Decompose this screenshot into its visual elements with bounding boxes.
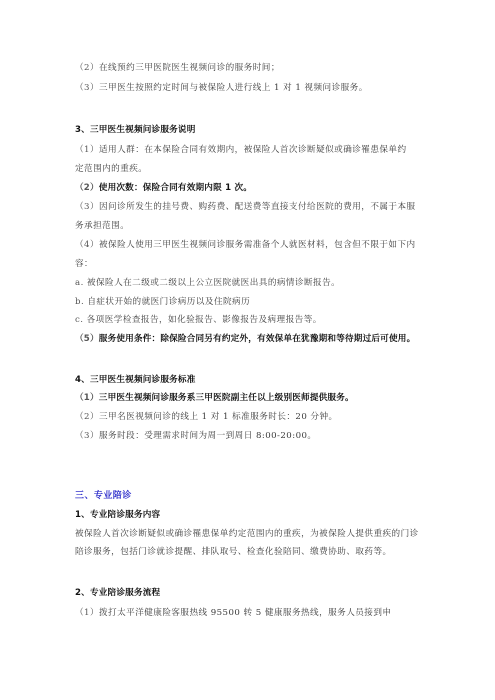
- paragraph-line: 被保险人首次诊断疑似或确诊罹患保单约定范围内的重疾，为被保险人提供重疾的门诊: [75, 528, 419, 540]
- paragraph-line: （4）被保险人使用三甲医生视频问诊服务需准备个人就医材料，包含但不限于如下内: [75, 239, 416, 251]
- item-number: （4）: [75, 240, 99, 250]
- paragraph-line: 容：: [75, 258, 93, 270]
- subsection-heading: 3、三甲医生视频问诊服务说明: [75, 124, 196, 136]
- subsection-heading: 4、三甲医生视频问诊服务标准: [75, 374, 196, 386]
- paragraph-line: （2）三甲名医视频问诊的线上 1 对 1 标准服务时长：20 分钟。: [75, 411, 338, 423]
- line-text: 各项医学检查报告，如化验报告、影像报告及病理报告等。: [87, 315, 322, 325]
- item-number: （3）: [75, 431, 99, 441]
- line-text: 被保险人使用三甲医生视频问诊服务需准备个人就医材料，包含但不限于如下内: [99, 240, 416, 250]
- line-text: 三、专业陪诊: [75, 491, 132, 501]
- paragraph-line: a. 被保险人在二级或二级以上公立医院就医出具的病情诊断报告。: [75, 277, 340, 289]
- line-text: 定范围内的重疾。: [75, 164, 147, 174]
- line-text: 在线预约三甲医院医生视频问诊的服务时间；: [99, 63, 280, 73]
- paragraph-line: （3）服务时段：受理需求时间为周一到周日 8:00-20:00。: [75, 430, 316, 442]
- item-number: （1）: [75, 608, 99, 618]
- section-heading: 三、专业陪诊: [75, 490, 132, 502]
- paragraph-line: c. 各项医学检查报告，如化验报告、影像报告及病理报告等。: [75, 314, 322, 326]
- line-text: 被保险人在二级或二级以上公立医院就医出具的病情诊断报告。: [87, 278, 340, 288]
- line-text: 陪诊服务，包括门诊就诊提醒、排队取号、检查化验陪同、缴费协助、取药等。: [75, 547, 392, 557]
- line-text: 三甲医生视频问诊服务系三甲医院副主任以上级别医师提供服务。: [99, 393, 354, 403]
- document-page: （2）在线预约三甲医院医生视频问诊的服务时间；（3）三甲医生按照约定时间与被保险…: [0, 0, 495, 700]
- item-number: （2）: [75, 412, 99, 422]
- paragraph-line: （1）拨打太平洋健康险客服热线 95500 转 5 健康服务热线，服务人员接到申: [75, 607, 391, 619]
- paragraph-line: （1）适用人群：在本保险合同有效期内，被保险人首次诊断疑似或确诊罹患保单约: [75, 144, 407, 156]
- line-text: 拨打太平洋健康险客服热线 95500 转 5 健康服务热线，服务人员接到申: [99, 608, 391, 618]
- item-number: （2）: [75, 63, 99, 73]
- line-text: 服务使用条件：除保险合同另有约定外，有效保单在犹豫期和等待期过后可使用。: [99, 334, 416, 344]
- line-text: 务承担范围。: [75, 221, 129, 231]
- paragraph-line: （3）三甲医生按照约定时间与被保险人进行线上 1 对 1 视频问诊服务。: [75, 82, 368, 94]
- paragraph-line: 定范围内的重疾。: [75, 163, 147, 175]
- item-number: （3）: [75, 202, 99, 212]
- line-text: 三甲名医视频问诊的线上 1 对 1 标准服务时长：20 分钟。: [99, 412, 338, 422]
- item-number: （1）: [75, 145, 99, 155]
- item-number: （5）: [75, 334, 99, 344]
- item-number: b.: [75, 297, 87, 307]
- paragraph-line: b. 自症状开始的就医门诊病历以及住院病历: [75, 296, 250, 308]
- line-text: 容：: [75, 259, 93, 269]
- line-text: 2、专业陪诊服务流程: [75, 588, 160, 598]
- line-text: 使用次数：保险合同有效期内限 1 次。: [99, 183, 252, 193]
- paragraph-line: （5）服务使用条件：除保险合同另有约定外，有效保单在犹豫期和等待期过后可使用。: [75, 333, 415, 345]
- item-number: （1）: [75, 393, 99, 403]
- paragraph-line: 陪诊服务，包括门诊就诊提醒、排队取号、检查化验陪同、缴费协助、取药等。: [75, 546, 392, 558]
- line-text: 1、专业陪诊服务内容: [75, 510, 160, 520]
- line-text: 服务时段：受理需求时间为周一到周日 8:00-20:00。: [99, 431, 316, 441]
- paragraph-line: （2）在线预约三甲医院医生视频问诊的服务时间；: [75, 62, 280, 74]
- line-text: 适用人群：在本保险合同有效期内，被保险人首次诊断疑似或确诊罹患保单约: [99, 145, 407, 155]
- line-text: 4、三甲医生视频问诊服务标准: [75, 375, 196, 385]
- line-text: 3、三甲医生视频问诊服务说明: [75, 125, 196, 135]
- line-text: 自症状开始的就医门诊病历以及住院病历: [87, 297, 250, 307]
- subsection-heading: 2、专业陪诊服务流程: [75, 587, 160, 599]
- line-text: 因问诊所发生的挂号费、购药费、配送费等直接支付给医院的费用，不属于本服: [99, 202, 416, 212]
- item-number: （2）: [75, 183, 99, 193]
- subsection-heading: 1、专业陪诊服务内容: [75, 509, 160, 521]
- item-number: （3）: [75, 83, 99, 93]
- paragraph-line: 务承担范围。: [75, 220, 129, 232]
- paragraph-line: （1）三甲医生视频问诊服务系三甲医院副主任以上级别医师提供服务。: [75, 392, 354, 404]
- paragraph-line: （2）使用次数：保险合同有效期内限 1 次。: [75, 182, 252, 194]
- paragraph-line: （3）因问诊所发生的挂号费、购药费、配送费等直接支付给医院的费用，不属于本服: [75, 201, 416, 213]
- line-text: 被保险人首次诊断疑似或确诊罹患保单约定范围内的重疾，为被保险人提供重疾的门诊: [75, 529, 419, 539]
- item-number: c.: [75, 315, 87, 325]
- item-number: a.: [75, 278, 87, 288]
- line-text: 三甲医生按照约定时间与被保险人进行线上 1 对 1 视频问诊服务。: [99, 83, 368, 93]
